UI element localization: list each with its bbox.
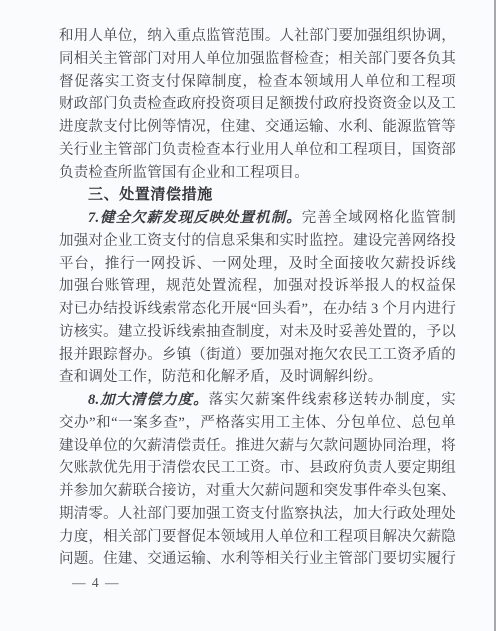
text-segment: 问题。住建、交通运输、水利等相关行业主管部门要切实履行行	[59, 551, 456, 571]
text-line: 期清零。人社部门要加强工资支付监察执法，加大行政处理处罚	[59, 503, 456, 526]
text-segment: 加强台账管理，规范处置流程，加强对投诉举报人的权益保护。	[59, 278, 456, 298]
text-line: 问题。住建、交通运输、水利等相关行业主管部门要切实履行行	[59, 548, 456, 571]
text-segment: 建设单位的欠薪清偿责任。推进欠薪与欠款问题协同治理，将清	[59, 438, 456, 458]
text-segment: 交办”和“一案多查”，严格落实用工主体、分包单位、总包单位、	[59, 415, 456, 435]
text-line: 关行业主管部门负责检查本行业用人单位和工程项目，国资部门	[59, 139, 456, 162]
item-title-segment: 7.健全欠薪发现反映处置机制。	[88, 210, 302, 226]
text-segment: 财政部门负责检查政府投资项目足额拨付政府投资资金以及工程	[59, 96, 456, 116]
text-line: 并参加欠薪联合接访，对重大欠薪问题和突发事件牵头包案、按	[59, 480, 456, 503]
text-line: 力度，相关部门要督促本领域用人单位和工程项目解决欠薪隐患	[59, 526, 456, 549]
document-page: 和用人单位，纳入重点监管范围。人社部门要加强组织协调，会同相关主管部门对用人单位…	[0, 0, 496, 631]
text-segment: 对已办结投诉线索常态化开展“回头看”，在办结 3 个月内进行回	[59, 301, 456, 321]
text-segment: 同相关主管部门对用人单位加强监督检查；相关部门要各负其责，	[59, 51, 456, 71]
text-line: 交办”和“一案多查”，严格落实用工主体、分包单位、总包单位、	[59, 412, 456, 435]
text-line: 财政部门负责检查政府投资项目足额拨付政府投资资金以及工程	[59, 93, 456, 116]
text-line: 加强台账管理，规范处置流程，加强对投诉举报人的权益保护。	[59, 275, 456, 298]
text-segment: 督促落实工资支付保障制度，检查本领域用人单位和工程项目；	[59, 74, 456, 94]
section-heading: 三、处置清偿措施	[59, 184, 456, 207]
text-segment: 欠账款优先用于清偿农民工工资。市、县政府负责人要定期组织	[59, 460, 456, 480]
document-text-block: 和用人单位，纳入重点监管范围。人社部门要加强组织协调，会同相关主管部门对用人单位…	[59, 25, 456, 571]
text-line: 对已办结投诉线索常态化开展“回头看”，在办结 3 个月内进行回	[59, 298, 456, 321]
page-number: — 4 —	[72, 572, 120, 594]
text-line: 负责检查所监管国有企业和工程项目。	[59, 162, 456, 185]
text-line: 欠账款优先用于清偿农民工工资。市、县政府负责人要定期组织	[59, 457, 456, 480]
text-line: 督促落实工资支付保障制度，检查本领域用人单位和工程项目；	[59, 71, 456, 94]
text-segment: 平台，推行一网投诉、一网处理，及时全面接收欠薪投诉线索，	[59, 256, 456, 276]
text-segment: 负责检查所监管国有企业和工程项目。	[59, 165, 309, 181]
text-line: 8.加大清偿力度。落实欠薪案件线索移送转办制度，实行“双	[59, 389, 456, 412]
text-line: 同相关主管部门对用人单位加强监督检查；相关部门要各负其责，	[59, 48, 456, 71]
text-line: 平台，推行一网投诉、一网处理，及时全面接收欠薪投诉线索，	[59, 253, 456, 276]
text-line: 报并跟踪督办。乡镇（街道）要加强对拖欠农民工工资矛盾的排	[59, 344, 456, 367]
text-line: 进度款支付比例等情况，住建、交通运输、水利、能源监管等相	[59, 116, 456, 139]
text-segment: 进度款支付比例等情况，住建、交通运输、水利、能源监管等相	[59, 119, 456, 139]
text-line: 7.健全欠薪发现反映处置机制。完善全域网格化监管制度，	[59, 207, 456, 230]
text-segment: 报并跟踪督办。乡镇（街道）要加强对拖欠农民工工资矛盾的排	[59, 347, 456, 367]
text-segment: 查和调处工作，防范和化解矛盾，及时调解纠纷。	[59, 369, 382, 385]
text-line: 加强对企业工资支付的信息采集和实时监控。建设完善网络投诉	[59, 230, 456, 253]
text-segment: 加强对企业工资支付的信息采集和实时监控。建设完善网络投诉	[59, 233, 456, 253]
text-line: 查和调处工作，防范和化解矛盾，及时调解纠纷。	[59, 366, 456, 389]
text-segment: 关行业主管部门负责检查本行业用人单位和工程项目，国资部门	[59, 142, 456, 162]
text-segment: 和用人单位，纳入重点监管范围。人社部门要加强组织协调，会	[59, 28, 456, 48]
text-segment: 访核实。建立投诉线索抽查制度，对未及时妥善处置的，予以通	[59, 324, 456, 344]
text-line: 建设单位的欠薪清偿责任。推进欠薪与欠款问题协同治理，将清	[59, 435, 456, 458]
text-line: 和用人单位，纳入重点监管范围。人社部门要加强组织协调，会	[59, 25, 456, 48]
item-title-segment: 8.加大清偿力度。	[88, 392, 209, 408]
text-segment: 三、处置清偿措施	[88, 186, 213, 203]
text-line: 访核实。建立投诉线索抽查制度，对未及时妥善处置的，予以通	[59, 321, 456, 344]
text-segment: 并参加欠薪联合接访，对重大欠薪问题和突发事件牵头包案、按	[59, 483, 456, 503]
text-segment: 力度，相关部门要督促本领域用人单位和工程项目解决欠薪隐患	[59, 529, 456, 549]
text-segment: 期清零。人社部门要加强工资支付监察执法，加大行政处理处罚	[59, 506, 456, 526]
